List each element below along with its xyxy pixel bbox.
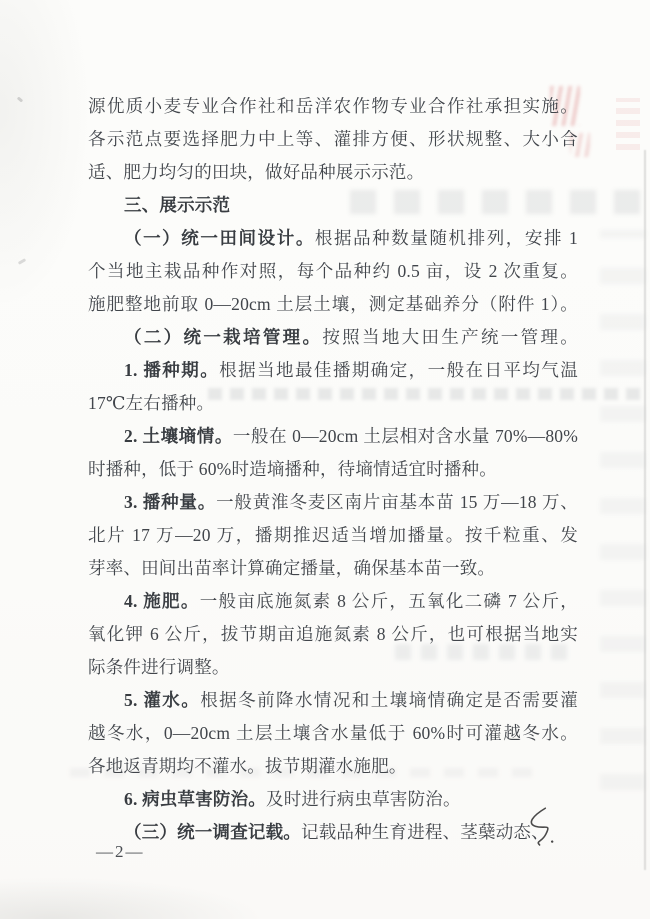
text-run: 记载品种生育进程、茎蘖动态、 xyxy=(301,822,549,842)
text-line: 芽率、田间出苗率计算确定播量，确保基本苗一致。 xyxy=(88,552,578,585)
scan-speck xyxy=(17,96,24,102)
text-line: 3. 播种量。一般黄淮冬麦区南片亩基本苗 15 万—18 万、 xyxy=(88,486,578,519)
text-run: 各地返青期均不灌水。拔节期灌水施肥。 xyxy=(88,756,407,776)
text-line: 际条件进行调整。 xyxy=(88,651,578,684)
text-line: 适、肥力均匀的田块，做好品种展示示范。 xyxy=(88,156,578,189)
text-run: 17℃左右播种。 xyxy=(88,393,214,413)
text-run: 际条件进行调整。 xyxy=(88,657,230,677)
text-line: 时播种，低于 60%时造墒播种，待墒情适宜时播种。 xyxy=(88,453,578,486)
text-line: 越冬水，0—20cm 土层土壤含水量低于 60%时可灌越冬水。 xyxy=(88,717,578,750)
heading-run: 三、展示示范 xyxy=(124,195,230,215)
text-line: 施肥整地前取 0—20cm 土层土壤，测定基础养分（附件 1）。 xyxy=(88,288,578,321)
text-run: 根据当地最佳播期确定，一般在日平均气温 xyxy=(219,360,578,380)
text-line: 各示范点要选择肥力中上等、灌排方便、形状规整、大小合 xyxy=(88,123,578,156)
text-line: 5. 灌水。根据冬前降水情况和土壤墒情确定是否需要灌 xyxy=(88,684,578,717)
text-line: （三）统一调查记载。记载品种生育进程、茎蘖动态、 xyxy=(88,816,578,849)
bleed-through-artifact xyxy=(600,230,645,790)
text-run: 根据品种数量随机排列，安排 1 xyxy=(315,228,578,248)
text-run: 一般黄淮冬麦区南片亩基本苗 15 万—18 万、 xyxy=(216,492,578,512)
text-run: 一般在 0—20cm 土层相对含水量 70%—80% xyxy=(233,426,578,446)
text-line: 1. 播种期。根据当地最佳播期确定，一般在日平均气温 xyxy=(88,354,578,387)
heading-run: （二）统一栽培管理。 xyxy=(124,327,322,347)
scanned-document-page: 源优质小麦专业合作社和岳洋农作物专业合作社承担实施。各示范点要选择肥力中上等、灌… xyxy=(0,0,650,919)
text-line: 氧化钾 6 公斤，拔节期亩追施氮素 8 公斤，也可根据当地实 xyxy=(88,618,578,651)
text-line: 三、展示示范 xyxy=(88,189,578,222)
text-run: 个当地主栽品种作对照，每个品种约 0.5 亩，设 2 次重复。 xyxy=(88,261,578,281)
page-number: —2— xyxy=(96,842,145,862)
heading-run: （一）统一田间设计。 xyxy=(124,228,315,248)
scan-speck xyxy=(18,258,26,265)
text-run: 根据冬前降水情况和土壤墒情确定是否需要灌 xyxy=(200,690,578,710)
heading-run: （三）统一调查记载。 xyxy=(124,822,301,842)
text-run: 施肥整地前取 0—20cm 土层土壤，测定基础养分（附件 1）。 xyxy=(88,294,578,314)
scan-edge-line xyxy=(644,150,646,870)
text-line: 各地返青期均不灌水。拔节期灌水施肥。 xyxy=(88,750,578,783)
heading-run: 1. 播种期。 xyxy=(124,360,219,380)
text-run: 越冬水，0—20cm 土层土壤含水量低于 60%时可灌越冬水。 xyxy=(88,723,578,743)
heading-run: 4. 施肥。 xyxy=(124,591,200,611)
text-run: 源优质小麦专业合作社和岳洋农作物专业合作社承担实施。 xyxy=(88,96,578,116)
text-line: 4. 施肥。一般亩底施氮素 8 公斤，五氧化二磷 7 公斤， xyxy=(88,585,578,618)
red-ink-bleed-artifact xyxy=(616,98,640,150)
heading-run: 2. 土壤墒情。 xyxy=(124,426,233,446)
heading-run: 3. 播种量。 xyxy=(124,492,216,512)
text-run: 氧化钾 6 公斤，拔节期亩追施氮素 8 公斤，也可根据当地实 xyxy=(88,624,578,644)
text-line: 6. 病虫草害防治。及时进行病虫草害防治。 xyxy=(88,783,578,816)
text-run: 一般亩底施氮素 8 公斤，五氧化二磷 7 公斤， xyxy=(200,591,578,611)
text-block: 源优质小麦专业合作社和岳洋农作物专业合作社承担实施。各示范点要选择肥力中上等、灌… xyxy=(88,90,578,849)
text-line: （一）统一田间设计。根据品种数量随机排列，安排 1 xyxy=(88,222,578,255)
text-run: 芽率、田间出苗率计算确定播量，确保基本苗一致。 xyxy=(88,558,495,578)
heading-run: 5. 灌水。 xyxy=(124,690,200,710)
text-line: 北片 17 万—20 万，播期推迟适当增加播量。按千粒重、发 xyxy=(88,519,578,552)
text-run: 及时进行病虫草害防治。 xyxy=(266,789,461,809)
text-line: 2. 土壤墒情。一般在 0—20cm 土层相对含水量 70%—80% xyxy=(88,420,578,453)
text-line: 个当地主栽品种作对照，每个品种约 0.5 亩，设 2 次重复。 xyxy=(88,255,578,288)
text-line: （二）统一栽培管理。按照当地大田生产统一管理。 xyxy=(88,321,578,354)
heading-run: 6. 病虫草害防治。 xyxy=(124,789,266,809)
text-run: 北片 17 万—20 万，播期推迟适当增加播量。按千粒重、发 xyxy=(88,525,578,545)
text-run: 各示范点要选择肥力中上等、灌排方便、形状规整、大小合 xyxy=(88,129,578,149)
text-line: 源优质小麦专业合作社和岳洋农作物专业合作社承担实施。 xyxy=(88,90,578,123)
text-run: 时播种，低于 60%时造墒播种，待墒情适宜时播种。 xyxy=(88,459,497,479)
text-line: 17℃左右播种。 xyxy=(88,387,578,420)
text-run: 适、肥力均匀的田块，做好品种展示示范。 xyxy=(88,162,424,182)
text-run: 按照当地大田生产统一管理。 xyxy=(322,327,578,347)
